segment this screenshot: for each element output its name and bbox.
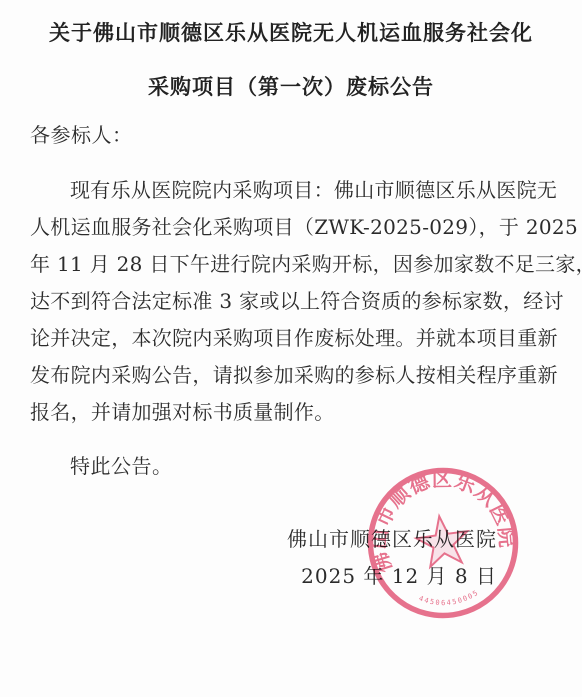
- signature-date: 2025 年 12 月 8 日: [30, 558, 497, 595]
- body-line: 论并决定，本次院内采购项目作废标处理。并就本项目重新: [30, 320, 552, 357]
- body-line: 达不到符合法定标准 3 家或以上符合资质的参标家数，经讨: [30, 283, 552, 320]
- salutation: 各参标人：: [30, 122, 552, 148]
- closing-statement: 特此公告。: [30, 448, 552, 485]
- body-paragraph: 现有乐从医院院内采购项目：佛山市顺德区乐从医院无 人机运血服务社会化采购项目（Z…: [30, 172, 552, 431]
- body-line: 报名，并请加强对标书质量制作。: [30, 394, 552, 431]
- signature-block: 佛山市顺德区乐从医院 2025 年 12 月 8 日: [30, 521, 552, 595]
- body-line: 人机运血服务社会化采购项目（ZWK-2025-029），于 2025: [30, 209, 552, 246]
- document-page: 关于佛山市顺德区乐从医院无人机运血服务社会化 采购项目（第一次）废标公告 各参标…: [0, 0, 582, 697]
- body-line: 现有乐从医院院内采购项目：佛山市顺德区乐从医院无: [30, 172, 552, 209]
- body-line: 年 11 月 28 日下午进行院内采购开标，因参加家数不足三家，: [30, 246, 552, 283]
- body-line: 发布院内采购公告，请拟参加采购的参标人按相关程序重新: [30, 357, 552, 394]
- doc-title-line2: 采购项目（第一次）废标公告: [30, 72, 552, 102]
- doc-title-line1: 关于佛山市顺德区乐从医院无人机运血服务社会化: [30, 18, 552, 48]
- signature-org: 佛山市顺德区乐从医院: [30, 521, 497, 558]
